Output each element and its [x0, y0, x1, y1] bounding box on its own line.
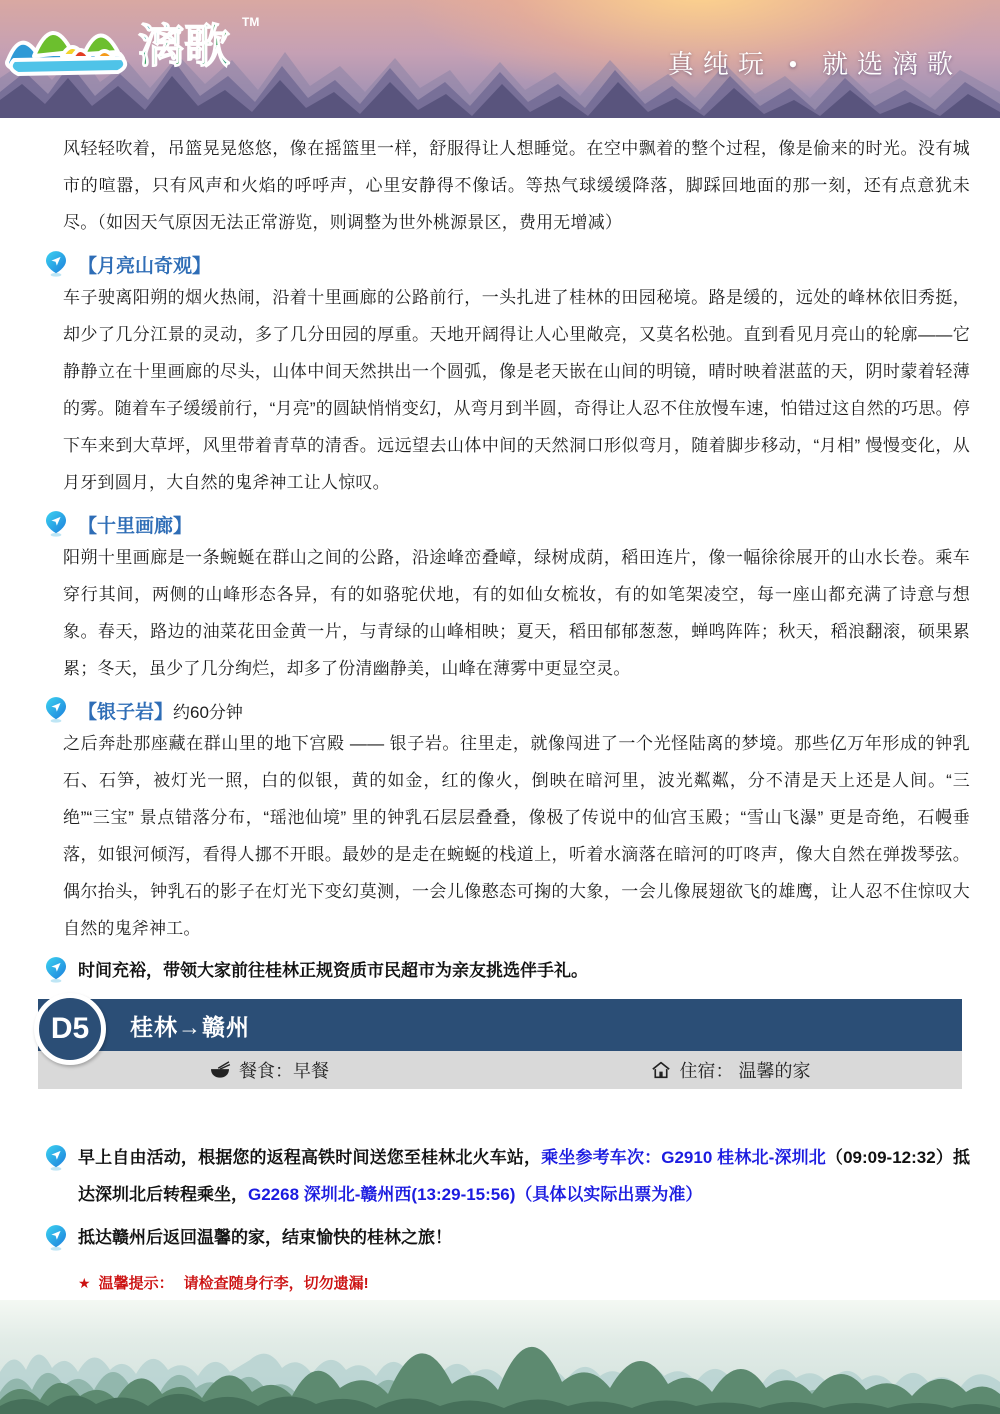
departure-section: 早上自由活动，根据您的返程高铁时间送您至桂林北火车站，乘坐参考车次：G2910 …: [0, 1139, 1000, 1256]
shopping-note: 时间充裕，带领大家前往桂林正规资质市民超市为亲友挑选伴手礼。: [0, 957, 1000, 985]
location-pin-icon: [46, 697, 66, 723]
location-pin-icon: [46, 957, 66, 983]
day5-title-bar: 桂林→赣州: [38, 999, 962, 1051]
section-title: 【银子岩】: [78, 697, 173, 724]
footer-mountains-image: [0, 1300, 1000, 1414]
balloon-paragraph: 风轻轻吹着，吊篮晃晃悠悠，像在摇篮里一样，舒服得让人想睡觉。在空中飘着的整个过程…: [0, 130, 1000, 241]
lodging-cell: 住宿： 温馨的家: [500, 1057, 962, 1083]
section-heading-moon-hill: 【月亮山奇观】: [0, 249, 1000, 279]
day5-title: 桂林→赣州: [130, 1009, 250, 1042]
train-ref-1: 乘坐参考车次：G2910 桂林北-深圳北: [541, 1148, 826, 1167]
train-ref-2: G2268 深圳北-赣州西(13:29-15:56)（具体以实际出票为准）: [248, 1185, 702, 1204]
location-pin-icon: [46, 1145, 66, 1171]
arrival-bullet: 抵达赣州后返回温馨的家，结束愉快的桂林之旅！: [0, 1219, 1000, 1256]
meal-lodging-bar: 餐食：早餐 住宿： 温馨的家: [38, 1051, 962, 1089]
header-banner: 漓歌 TM 真纯玩 • 就选漓歌: [0, 0, 1000, 118]
ligee-logo: 漓歌 TM: [0, 0, 300, 88]
departure-train-bullet: 早上自由活动，根据您的返程高铁时间送您至桂林北火车站，乘坐参考车次：G2910 …: [0, 1139, 1000, 1213]
house-icon: [651, 1061, 671, 1079]
warm-tip-text: 请检查随身行李，切勿遗漏!: [184, 1275, 369, 1292]
warm-tip: ★温馨提示：请检查随身行李，切勿遗漏!: [78, 1272, 970, 1295]
day5-badge-label: D5: [51, 1012, 89, 1046]
lodging-label: 住宿： 温馨的家: [679, 1057, 810, 1083]
day5-header: D5 桂林→赣州 餐食：早餐: [38, 999, 962, 1089]
location-pin-icon: [46, 251, 66, 277]
itinerary-page: 漓歌 TM 真纯玩 • 就选漓歌 风轻轻吹着，吊篮晃晃悠悠，像在摇篮里一样，舒服…: [0, 0, 1000, 1414]
day5-badge: D5: [34, 993, 106, 1065]
moon-hill-paragraph: 车子驶离阳朔的烟火热闹，沿着十里画廊的公路前行，一头扎进了桂林的田园秘境。路是缓…: [0, 279, 1000, 501]
star-icon: ★: [78, 1275, 91, 1291]
meal-cell: 餐食：早餐: [38, 1057, 500, 1083]
shopping-note-text: 时间充裕，带领大家前往桂林正规资质市民超市为亲友挑选伴手礼。: [78, 961, 588, 980]
location-pin-icon: [46, 1225, 66, 1251]
logo-text: 漓歌: [138, 20, 230, 72]
location-pin-icon: [46, 511, 66, 537]
brand-tagline: 真纯玩 • 就选漓歌: [668, 44, 962, 81]
warm-tip-label: 温馨提示：: [99, 1275, 174, 1292]
section-heading-ten-mile-gallery: 【十里画廊】: [0, 509, 1000, 539]
itinerary-content: 风轻轻吹着，吊篮晃晃悠悠，像在摇篮里一样，舒服得让人想睡觉。在空中飘着的整个过程…: [0, 118, 1000, 1295]
arrival-text: 抵达赣州后返回温馨的家，结束愉快的桂林之旅！: [78, 1228, 452, 1247]
logo-tm: TM: [242, 15, 259, 29]
meal-bowl-icon: [209, 1061, 231, 1079]
section-heading-silver-cave: 【银子岩】 约60分钟: [0, 695, 1000, 725]
departure-text: 早上自由活动，根据您的返程高铁时间送您至桂林北火车站，: [78, 1148, 541, 1167]
meal-label: 餐食：早餐: [239, 1057, 329, 1083]
section-title: 【月亮山奇观】: [78, 251, 211, 278]
section-title: 【十里画廊】: [78, 511, 192, 538]
silver-cave-paragraph: 之后奔赴那座藏在群山里的地下宫殿 —— 银子岩。往里走，就像闯进了一个光怪陆离的…: [0, 725, 1000, 947]
ten-mile-gallery-paragraph: 阳朔十里画廊是一条蜿蜒在群山之间的公路，沿途峰峦叠嶂，绿树成荫，稻田连片，像一幅…: [0, 539, 1000, 687]
section-suffix: 约60分钟: [173, 698, 243, 723]
footer-banner: [0, 1300, 1000, 1414]
